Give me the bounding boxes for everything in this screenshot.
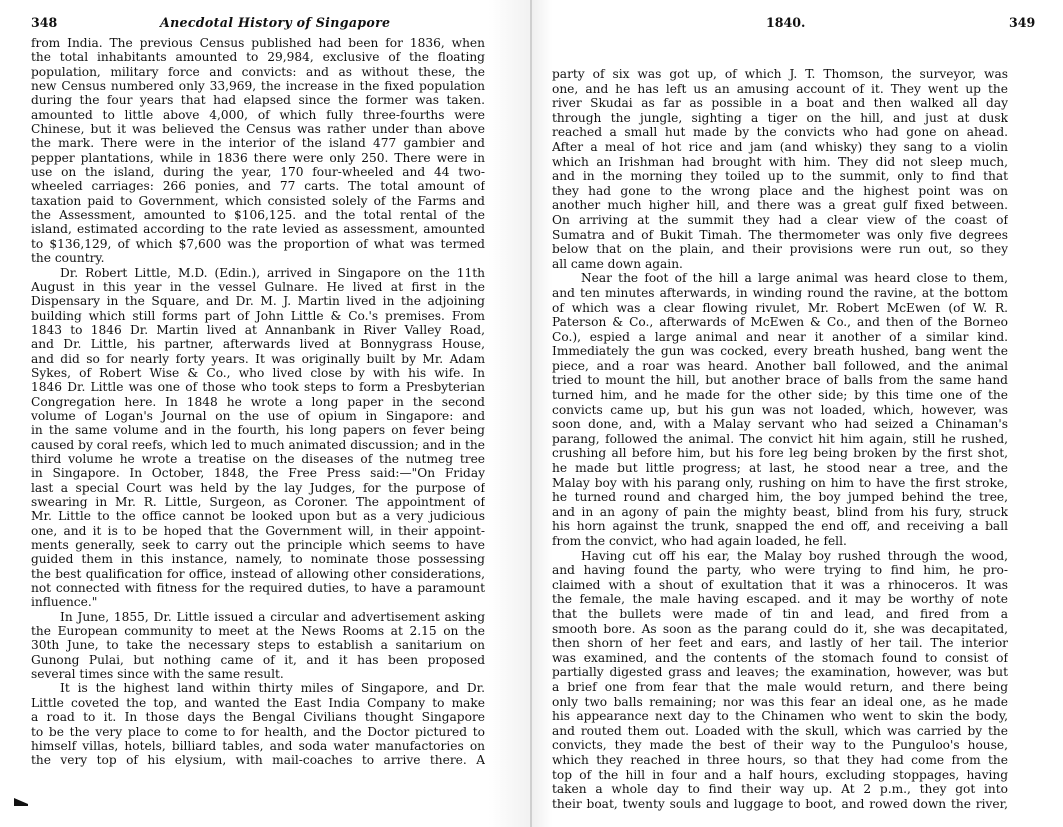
text-line: wheeled carriages: 266 ponies, and 77 ca… (31, 179, 485, 193)
text-line: and in the morning they toiled up to the… (552, 169, 1008, 184)
right-page: 1840. 349 party of six was got up, of wh… (531, 0, 1063, 827)
text-line: Immediately the gun was cocked, every br… (552, 344, 1008, 359)
text-line: convicts, they made the best of their wa… (552, 738, 1008, 753)
text-line: and ten minutes afterwards, in winding r… (552, 286, 1008, 301)
text-line: and routed them out. Loaded with the sku… (552, 724, 1008, 739)
text-line: and Dr. Little, his partner, afterwards … (31, 337, 485, 351)
text-line: a road to it. In those days the Bengal C… (31, 710, 485, 724)
text-line: reached a small hut made by the convicts… (552, 125, 1008, 140)
text-line: guided them in this instance, namely, to… (31, 552, 485, 566)
text-line: population, military force and convicts:… (31, 65, 485, 79)
text-line: from India. The previous Census publishe… (31, 36, 485, 50)
text-line: through the jungle, sighting a tiger on … (552, 111, 1008, 126)
text-line: in Singapore. In October, 1848, the Free… (31, 466, 485, 480)
text-line: their boat, twenty souls and luggage to … (552, 797, 1008, 812)
page-number: 349 (1009, 15, 1035, 30)
text-line: caused by coral reefs, which led to much… (31, 438, 485, 452)
text-line: Near the foot of the hill a large animal… (552, 271, 1008, 286)
text-line: After a meal of hot rice and jam (and wh… (552, 140, 1008, 155)
text-line: to be the very place to come to for heal… (31, 725, 485, 739)
text-line: pepper plantations, while in 1836 there … (31, 151, 485, 165)
page-corner-marker-icon (14, 798, 28, 806)
text-line: Malay boy with his parang only, rushing … (552, 476, 1008, 491)
text-line: only two balls remaining; nor was this f… (552, 695, 1008, 710)
text-line: claimed with a shout of exultation that … (552, 578, 1008, 593)
text-line: which an Irishman had brought with him. … (552, 155, 1008, 170)
text-line: in the same volume and in the fourth, hi… (31, 423, 485, 437)
text-line: the European community to meet at the Ne… (31, 624, 485, 638)
text-line: Dispensary in the Square, and Dr. M. J. … (31, 294, 485, 308)
text-line: his horn against the trunk, snapped the … (552, 519, 1008, 534)
text-line: taken a whole day to find their way up. … (552, 782, 1008, 797)
text-line: he turned round and charged him, the boy… (552, 490, 1008, 505)
text-line: partially digested grass and leaves; the… (552, 665, 1008, 680)
text-line: one, and he has left us an amusing accou… (552, 82, 1008, 97)
text-line: convicts came up, but his gun was not lo… (552, 403, 1008, 418)
text-line: August in this year in the vessel Gulnar… (31, 280, 485, 294)
text-line: It is the highest land within thirty mil… (31, 681, 485, 695)
text-line: the best qualification for office, inste… (31, 567, 485, 581)
text-line: smooth bore. As soon as the parang could… (552, 622, 1008, 637)
text-line: parang, followed the animal. The convict… (552, 432, 1008, 447)
text-line: Sykes, of Robert Wise & Co., who lived c… (31, 366, 485, 380)
text-line: and in an agony of pain the mighty beast… (552, 505, 1008, 520)
text-line: not connected with fitness for the requi… (31, 581, 485, 595)
text-line: third volume he wrote a treatise on the … (31, 452, 485, 466)
right-page-body: party of six was got up, of which J. T. … (552, 67, 1008, 811)
text-line: crushing all before him, but his fore le… (552, 446, 1008, 461)
running-title: Anecdotal History of Singapore (160, 15, 390, 30)
text-line: and did so for nearly forty years. It wa… (31, 352, 485, 366)
text-line: Having cut off his ear, the Malay boy ru… (552, 549, 1008, 564)
text-line: several times since with the same result… (31, 667, 485, 681)
text-line: volume of Logan's Journal on the use of … (31, 409, 485, 423)
text-line: he made but little progress; at last, he… (552, 461, 1008, 476)
text-line: amounted to little above 4,000, of which… (31, 108, 485, 122)
text-line: 1843 to 1846 Dr. Martin lived at Annanba… (31, 323, 485, 337)
text-line: from the convict, who had again loaded, … (552, 534, 1008, 549)
text-line: during the four years that had elapsed s… (31, 93, 485, 107)
text-line: new Census numbered only 33,969, the inc… (31, 79, 485, 93)
text-line: the country. (31, 251, 485, 265)
text-line: Gunong Pulai, but nothing came of it, an… (31, 653, 485, 667)
text-line: last a special Court was held by the lay… (31, 481, 485, 495)
text-line: turned him, and he made for the other si… (552, 388, 1008, 403)
text-line: building which still forms part of John … (31, 309, 485, 323)
text-line: the Assessment, amounted to $106,125. an… (31, 208, 485, 222)
text-line: On arriving at the summit they had a cle… (552, 213, 1008, 228)
text-line: swearing in Mr. R. Little, Surgeon, as C… (31, 495, 485, 509)
text-line: 1846 Dr. Little was one of those who too… (31, 380, 485, 394)
text-line: party of six was got up, of which J. T. … (552, 67, 1008, 82)
text-line: river Skudai as far as possible in a boa… (552, 96, 1008, 111)
text-line: Little coveted the top, and wanted the E… (31, 696, 485, 710)
text-line: and having found the party, who were try… (552, 563, 1008, 578)
text-line: of which was a clear flowing rivulet, Mr… (552, 301, 1008, 316)
text-line: Co.), espied a large animal and near it … (552, 330, 1008, 345)
text-line: one, and it is to be hoped that the Gove… (31, 524, 485, 538)
text-line: the very top of his elysium, with mail-c… (31, 753, 485, 767)
text-line: tried to mount the hill, but another bra… (552, 373, 1008, 388)
text-line: use on the island, during the year, 170 … (31, 165, 485, 179)
text-line: the female, the male having escaped. and… (552, 592, 1008, 607)
text-line: Paterson & Co., afterwards of McEwen & C… (552, 315, 1008, 330)
text-line: Sumatra and of Bukit Timah. The thermome… (552, 228, 1008, 243)
text-line: another much higher hill, and there was … (552, 198, 1008, 213)
text-line: all came down again. (552, 257, 1008, 272)
text-line: Dr. Robert Little, M.D. (Edin.), arrived… (31, 266, 485, 280)
text-line: soon done, and, with a Malay servant who… (552, 417, 1008, 432)
text-line: they had gone to the wrong place and the… (552, 184, 1008, 199)
text-line: himself villas, hotels, billiard tables,… (31, 739, 485, 753)
text-line: Congregation here. In 1848 he wrote a lo… (31, 395, 485, 409)
left-page-body: from India. The previous Census publishe… (31, 36, 485, 768)
text-line: which they reached in three hours, so th… (552, 753, 1008, 768)
text-line: island, estimated according to the rate … (31, 222, 485, 236)
text-line: taxation paid to Government, which consi… (31, 194, 485, 208)
text-line: that the bullets were made of tin and le… (552, 607, 1008, 622)
text-line: below that on the plain, and their provi… (552, 242, 1008, 257)
text-line: ments generally, seek to carry out the p… (31, 538, 485, 552)
text-line: was examined, and the contents of the st… (552, 651, 1008, 666)
text-line: to $136,129, of which $7,600 was the pro… (31, 237, 485, 251)
text-line: then shorn of her feet and ears, and las… (552, 636, 1008, 651)
text-line: the total inhabitants amounted to 29,984… (31, 50, 485, 64)
text-line: top of the hill in four and a half hours… (552, 768, 1008, 783)
book-spread: 348 Anecdotal History of Singapore from … (0, 0, 1063, 827)
text-line: influence." (31, 595, 485, 609)
text-line: 30th June, to take the necessary steps t… (31, 638, 485, 652)
text-line: In June, 1855, Dr. Little issued a circu… (31, 610, 485, 624)
left-page: 348 Anecdotal History of Singapore from … (0, 0, 531, 827)
text-line: piece, and a roar was heard. Another bal… (552, 359, 1008, 374)
text-line: his appearance next day to the Chinamen … (552, 709, 1008, 724)
text-line: Mr. Little to the office cannot be looke… (31, 509, 485, 523)
running-year: 1840. (766, 15, 805, 30)
book-gutter (530, 0, 532, 827)
text-line: Chinese, but it was believed the Census … (31, 122, 485, 136)
text-line: a brief one from fear that the male woul… (552, 680, 1008, 695)
text-line: the mark. There were in the interior of … (31, 136, 485, 150)
page-number: 348 (31, 15, 57, 30)
